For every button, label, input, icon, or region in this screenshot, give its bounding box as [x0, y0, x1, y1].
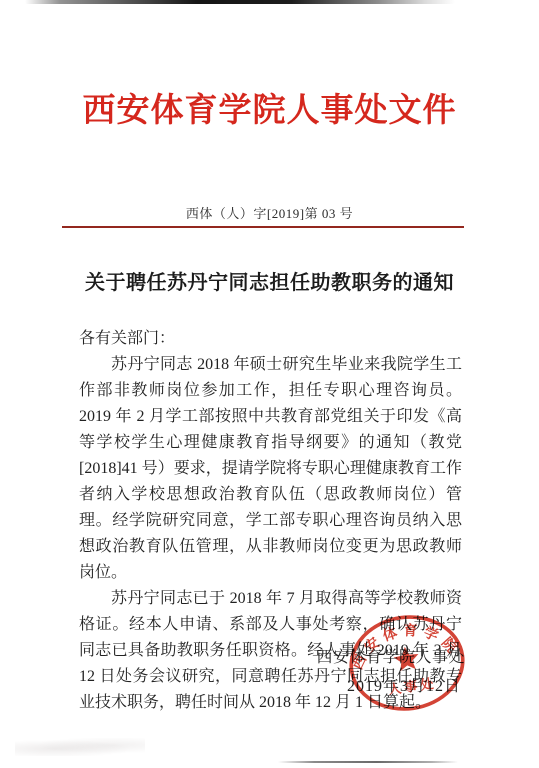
- letterhead-title: 西安体育学院人事处文件: [0, 84, 539, 131]
- scan-artifact-smudge: [15, 738, 145, 756]
- scan-artifact-bottom-edge: [278, 761, 458, 763]
- seal-center-text: 人事处: [387, 675, 438, 698]
- official-seal: 西安体育学院 人事处: [339, 604, 474, 722]
- salutation-line: 各有关部门：: [79, 326, 462, 352]
- seal-star-icon: [392, 645, 420, 672]
- letterhead-divider-rule: [62, 226, 464, 228]
- notice-title: 关于聘任苏丹宁同志担任助教职务的通知: [0, 266, 539, 295]
- body-paragraph-1: 苏丹宁同志 2018 年硕士研究生毕业来我院学生工作部非教师岗位参加工作，担任专…: [79, 352, 462, 586]
- document-page: 西安体育学院人事处文件 西体（人）字[2019]第 03 号 关于聘任苏丹宁同志…: [0, 0, 539, 768]
- scan-artifact-top-edge: [25, 0, 455, 4]
- document-number: 西体（人）字[2019]第 03 号: [0, 203, 539, 222]
